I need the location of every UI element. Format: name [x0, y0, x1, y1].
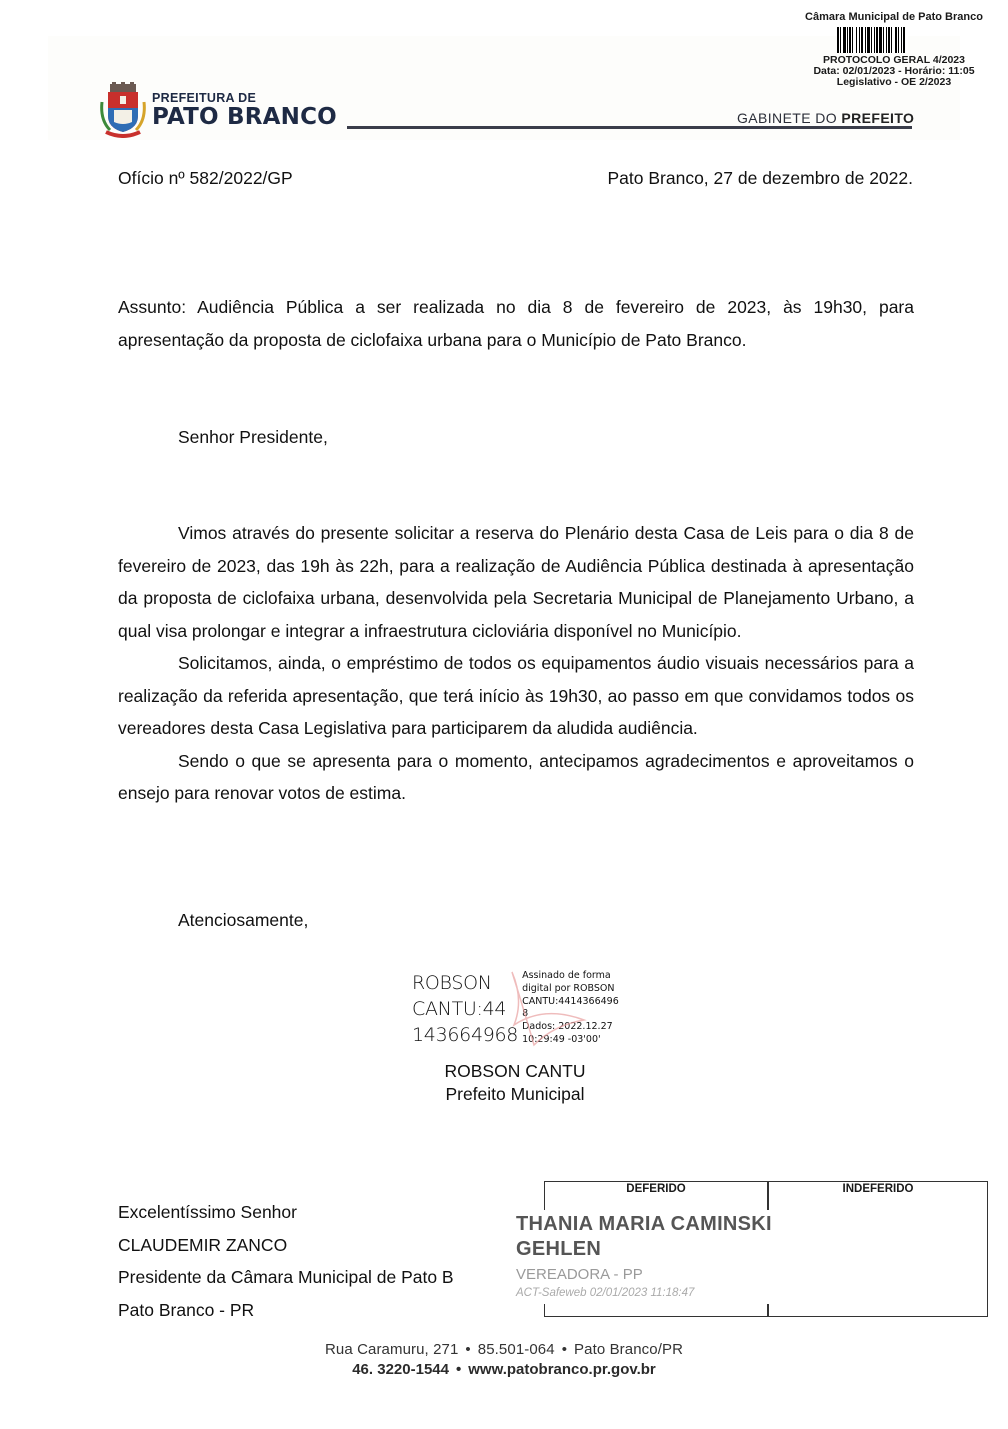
- addressee-line: Pato Branco - PR: [118, 1294, 454, 1327]
- body-paragraph: Solicitamos, ainda, o empréstimo de todo…: [118, 647, 914, 745]
- signature-name: ROBSON CANTU:44 143664968: [412, 970, 518, 1048]
- protocol-chamber: Câmara Municipal de Pato Branco: [788, 10, 1000, 24]
- letter-reference: Ofício nº 582/2022/GP: [118, 162, 293, 195]
- footer-phone: 46. 3220-1544: [352, 1361, 449, 1378]
- addressee-line: Excelentíssimo Senhor: [118, 1196, 454, 1229]
- letter-subject: Assunto: Audiência Pública a ser realiza…: [118, 291, 914, 356]
- footer-contact: 46. 3220-1544•www.patobranco.pr.gov.br: [0, 1360, 1008, 1380]
- letter-greeting: Senhor Presidente,: [178, 421, 328, 454]
- cabinet-bold: PREFEITO: [841, 110, 914, 126]
- addressee-block: Excelentíssimo Senhor CLAUDEMIR ZANCO Pr…: [118, 1196, 454, 1326]
- addressee-line: CLAUDEMIR ZANCO: [118, 1229, 454, 1262]
- digital-signature: ROBSON CANTU:44 143664968 Assinado de fo…: [412, 970, 619, 1048]
- footer-website[interactable]: www.patobranco.pr.gov.br: [468, 1361, 656, 1378]
- rejected-label: INDEFERIDO: [767, 1183, 989, 1195]
- body-paragraph: Sendo o que se apresenta para o momento,…: [118, 745, 914, 810]
- signer-title: Prefeito Municipal: [415, 1083, 615, 1106]
- logo-line1: PREFEITURA DE: [152, 91, 337, 105]
- footer-address: Rua Caramuru, 271•85.501-064•Pato Branco…: [0, 1340, 1008, 1360]
- letterhead-footer: Rua Caramuru, 271•85.501-064•Pato Branco…: [0, 1340, 1008, 1380]
- cabinet-prefix: GABINETE DO: [737, 110, 841, 126]
- protocol-stamp: Câmara Municipal de Pato Branco PROTOCOL…: [788, 10, 1000, 88]
- body-paragraph: Vimos através do presente solicitar a re…: [118, 517, 914, 647]
- letter-date: Pato Branco, 27 de dezembro de 2022.: [608, 162, 914, 195]
- logo-line2: PATO BRANCO: [152, 105, 337, 129]
- councilor-name-line2: GEHLEN: [516, 1237, 805, 1262]
- letter-body: Vimos através do presente solicitar a re…: [118, 517, 914, 810]
- electronic-signature-overlay: THANIA MARIA CAMINSKI GEHLEN VEREADORA -…: [505, 1210, 805, 1304]
- header-divider: [347, 126, 912, 129]
- signature-details: Assinado de forma digital por ROBSON CAN…: [522, 970, 619, 1048]
- certificate-info: ACT-Safeweb 02/01/2023 11:18:47: [516, 1285, 805, 1301]
- cabinet-label: GABINETE DO PREFEITO: [737, 110, 914, 126]
- councilor-name-line1: THANIA MARIA CAMINSKI: [516, 1212, 805, 1237]
- protocol-sector: Legislativo - OE 2/2023: [788, 77, 1000, 88]
- addressee-line: Presidente da Câmara Municipal de Pato B: [118, 1261, 454, 1294]
- city-logo: PREFEITURA DE PATO BRANCO: [100, 82, 337, 138]
- councilor-role: VEREADORA - PP: [516, 1265, 805, 1285]
- signer-name: ROBSON CANTU: [415, 1060, 615, 1083]
- coat-of-arms-icon: [100, 82, 146, 138]
- signer-block: ROBSON CANTU Prefeito Municipal: [415, 1060, 615, 1106]
- barcode-icon: [837, 27, 951, 53]
- letter-closing: Atenciosamente,: [178, 904, 308, 937]
- approved-label: DEFERIDO: [545, 1183, 767, 1195]
